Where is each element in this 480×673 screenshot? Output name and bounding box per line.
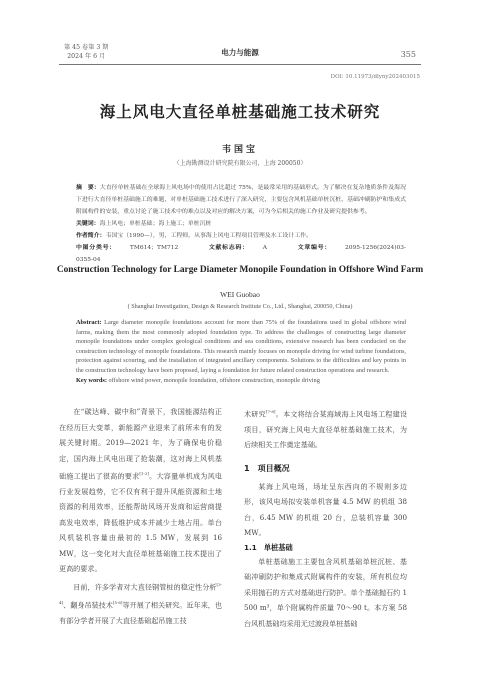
- author-name: 韦国宝: [0, 142, 480, 155]
- en-abstract-label: Abstract:: [76, 319, 102, 326]
- chinese-keywords: 关键词：海上风电；单桩基础；海上施工；单桩沉桩: [76, 218, 406, 230]
- text: 。大容量单机成为风电行业发展趋势，它不仅有利于提升风能资源和土地资源的利用效率，…: [59, 471, 222, 573]
- doc-code-value: A: [263, 245, 267, 251]
- english-affiliation: ( Shanghai Investigation, Design & Resea…: [0, 303, 480, 310]
- chinese-abstract-block: 摘 要：大直径单桩基础在全球海上风电场中的使用占比超过 75%，是最常采用的基础…: [76, 182, 406, 266]
- clc-value: TM614；TM712: [130, 245, 178, 251]
- english-keywords: Key words: offshore wind power, monopile…: [76, 376, 406, 386]
- page-number: 355: [401, 50, 416, 59]
- section-1-paragraph: 某海上风电场，场址呈东西向的不规则多边形，该风电场拟安装单机容量 4.5 MW …: [244, 479, 407, 541]
- text: 、翻身吊装技术: [63, 600, 113, 609]
- text: 术研究: [244, 409, 266, 418]
- subsection-heading-1-1: 1.1 单桩基础: [244, 541, 407, 554]
- text: 目前，许多学者对大直径钢管桩的稳定性分析: [73, 582, 216, 591]
- intro-paragraph-1: 在“碳达峰、碳中和”背景下，我国能源结构正在经历巨大变革，新能源产业迎来了前所未…: [59, 404, 222, 577]
- article-no-label: 文章编号：: [298, 245, 331, 251]
- section-heading-1: 1 项目概况: [244, 461, 407, 477]
- bio-label: 作者简介：: [76, 233, 105, 239]
- author-bio: 作者简介：韦国宝（1990—），男，工程师，从事海上风电工程项目管理及水工设计工…: [76, 230, 406, 242]
- intro-paragraph-continued: 术研究[7-8]。本文将结合某海域海上风电场工程建设项目，研究海上风电大直径单桩…: [244, 404, 407, 453]
- bio-text: 韦国宝（1990—），男，工程师，从事海上风电工程项目管理及水工设计工作。: [105, 233, 311, 239]
- en-keywords-text: offshore wind power, monopile foundation…: [107, 377, 320, 384]
- english-author: WEI Guobao: [0, 290, 480, 299]
- citation: [1-2]: [139, 471, 149, 476]
- english-title: Construction Technology for Large Diamet…: [0, 265, 480, 275]
- abstract-label: 摘 要：: [76, 185, 100, 191]
- body-column-left: 在“碳达峰、碳中和”背景下，我国能源结构正在经历巨大变革，新能源产业迎来了前所未…: [59, 404, 222, 628]
- paper-title: 海上风电大直径单桩基础施工技术研究: [0, 100, 480, 122]
- en-keywords-label: Key words:: [76, 377, 107, 384]
- section-1-1-paragraph: 单桩基础施工主要包含风机基础单桩沉桩、基础冲刷防护和集成式附属构件的安装，所有机…: [244, 554, 407, 632]
- doc-code-label: 文献标志码：: [209, 245, 249, 251]
- abstract-text: 大直径单桩基础在全球海上风电场中的使用占比超过 75%，是最常采用的基础形式。为…: [76, 185, 406, 215]
- intro-paragraph-2: 目前，许多学者对大直径钢管桩的稳定性分析[3-4]、翻身吊装技术[5-6]等开展…: [59, 577, 222, 628]
- text: 。本文将结合某海域海上风电场工程建设项目，研究海上风电大直径单桩基础施工技术，为…: [244, 409, 407, 449]
- body-column-right: 术研究[7-8]。本文将结合某海域海上风电场工程建设项目，研究海上风电大直径单桩…: [244, 404, 407, 631]
- doi: DOI: 10.11973/dlyny202403015: [331, 74, 420, 80]
- author-affiliation: （上海勘测设计研究院有限公司，上海 200050）: [0, 158, 480, 167]
- clc-label: 中图分类号：: [76, 245, 116, 251]
- text: 在“碳达峰、碳中和”背景下，我国能源结构正在经历巨大变革，新能源产业迎来了前所未…: [59, 407, 222, 480]
- header-divider: [59, 64, 421, 65]
- classification-row: 中图分类号：TM614；TM712 文献标志码：A 文章编号：2095-1256…: [76, 242, 406, 266]
- english-abstract: Abstract: Large diameter monopile founda…: [76, 318, 406, 376]
- keywords-label: 关键词：: [76, 221, 100, 227]
- keywords-text: 海上风电；单桩基础；海上施工；单桩沉桩: [100, 221, 212, 227]
- english-abstract-block: Abstract: Large diameter monopile founda…: [76, 318, 406, 385]
- chinese-abstract: 摘 要：大直径单桩基础在全球海上风电场中的使用占比超过 75%，是最常采用的基础…: [76, 182, 406, 218]
- en-abstract-text: Large diameter monopile foundations acco…: [76, 319, 406, 374]
